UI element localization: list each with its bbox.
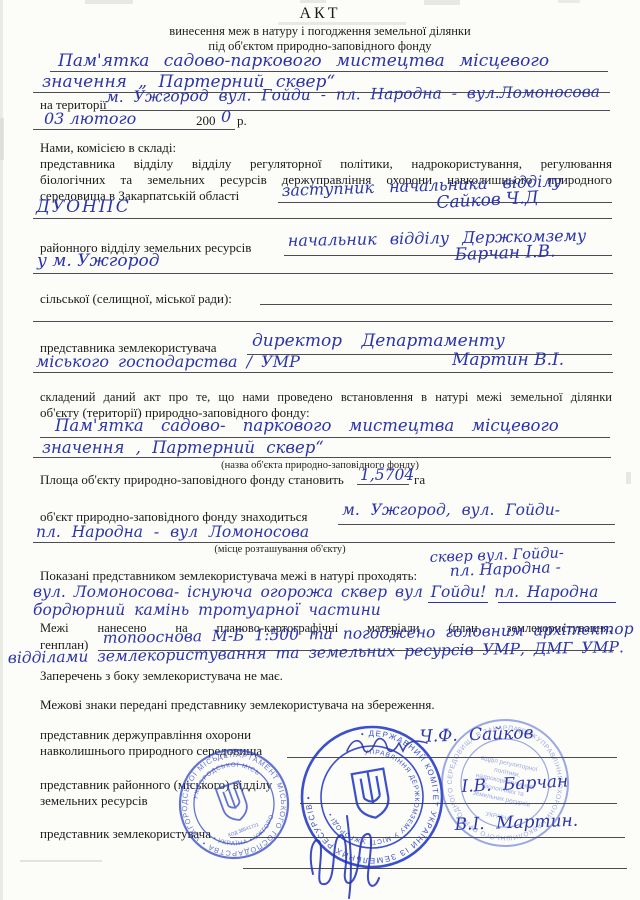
sig1-label-2: навколишнього природного середовища: [40, 743, 262, 759]
sig2-label-1: представник районного (міського) відділу: [40, 777, 272, 793]
scan-artifact: [20, 860, 102, 862]
statement-line1: складений даний акт про те, що нами пров…: [40, 389, 612, 405]
sig1-name: Ч.Ф. Сайков: [419, 723, 533, 747]
territory-value: м. Ужгород вул. Гойди - пл. Народна - ву…: [106, 83, 600, 106]
area-label: Площа об'єкту природно-заповідного фонду…: [40, 472, 344, 488]
scan-artifact: [300, 0, 326, 3]
scan-artifact: [626, 472, 631, 484]
form-line: [100, 110, 610, 111]
rep4-position-value: директор Департаменту: [252, 331, 505, 351]
form-line: [33, 273, 613, 274]
scan-artifact: [85, 0, 133, 4]
form-line: [260, 304, 612, 305]
rep2-place-value: у м. Ужгород: [37, 251, 160, 271]
form-line: [33, 218, 612, 219]
sig3-name: В.І. Мартин.: [454, 811, 578, 835]
act-object-name-1: Пам'ятка садово- паркового мистецтва міс…: [55, 416, 559, 435]
rep4-org-value: міського господарства / УМР: [36, 352, 300, 371]
date-year-printed: 200: [196, 113, 216, 129]
form-line: [33, 372, 613, 373]
date-day-month: 03 лютого: [44, 109, 136, 128]
object-name-handwritten-1: Пам'ятка садово-паркового мистецтва місц…: [58, 51, 549, 71]
signature-line: [287, 757, 617, 758]
date-suffix: р.: [237, 113, 247, 129]
area-unit: га: [414, 472, 425, 488]
borders-value-3: бордюрний камінь тротуарної частини: [33, 601, 381, 619]
form-line: [284, 255, 612, 256]
signature-line: [230, 837, 625, 838]
signature-line: [300, 803, 617, 804]
area-value: 1,5704: [360, 466, 414, 484]
stamp-left-inner-bottom-text: • УКРАЇНА • УЖГОРОД •: [201, 787, 282, 856]
form-line: [338, 524, 615, 525]
form-line: [33, 542, 615, 543]
form-line: [498, 602, 616, 603]
act-object-name-2: значення , Партерний сквер“: [42, 438, 324, 457]
form-line: [357, 484, 409, 485]
objections-text: Заперечень з боку землекористувача не ма…: [40, 668, 283, 684]
form-line: [33, 129, 235, 130]
rep4-signature: Мартин В.І.: [452, 350, 564, 370]
doc-title: АКТ: [0, 5, 640, 23]
location-value-2: пл. Народна - вул Ломоносова: [36, 523, 309, 541]
location-caption: (місце розташування об'єкту): [160, 544, 400, 555]
rep1-signature: Сайков Ч.Д: [436, 188, 539, 213]
form-line: [33, 321, 613, 322]
sig3-label: представник землекористувача: [40, 826, 211, 842]
scanned-act-document: АКТ винесення меж в натуру і погодження …: [0, 0, 640, 900]
extra-blank-line: [243, 868, 627, 869]
form-line: [33, 457, 611, 458]
sig2-label-2: земельних ресурсів: [40, 793, 148, 809]
marks-text: Межові знаки передані представнику земле…: [40, 697, 435, 713]
doc-subtitle-1: винесення меж в натуру і погодження земе…: [0, 24, 640, 39]
rep3-label: сільської (селищної, міської ради):: [40, 291, 232, 307]
form-line: [428, 602, 488, 603]
rep1-label-line1: представника відділу відділу регуляторно…: [40, 156, 612, 172]
borders-label: Показані представником землекористувача …: [40, 568, 417, 584]
rep1-org-value: ДУОНПС: [36, 197, 131, 217]
svg-text:• УКРАЇНА • УЖГОРОД •: • УКРАЇНА • УЖГОРОД •: [201, 787, 282, 856]
center-signature-scrawl: [295, 812, 430, 900]
sig1-label-1: представник держуправління охорони: [40, 727, 251, 743]
object-name-caption: (назва об'єкта природно-заповідного фонд…: [150, 460, 490, 471]
scan-artifact: [558, 0, 580, 3]
commission-intro: Нами, комісією в складі:: [40, 140, 176, 156]
borders-value-1: пл. Народна -: [449, 558, 561, 580]
borders-value-2: вул. Ломоносова- існуюча огорожа сквер в…: [33, 583, 598, 601]
sig2-name: І.В. Барчан: [461, 771, 569, 797]
date-year-handwritten: 0: [221, 107, 231, 126]
rep2-signature: Барчан І.В.: [454, 241, 555, 265]
location-value-1: м. Ужгород, вул. Гойди-: [342, 501, 560, 519]
sig1-flourish: [345, 731, 430, 759]
scan-artifact: [0, 118, 4, 160]
